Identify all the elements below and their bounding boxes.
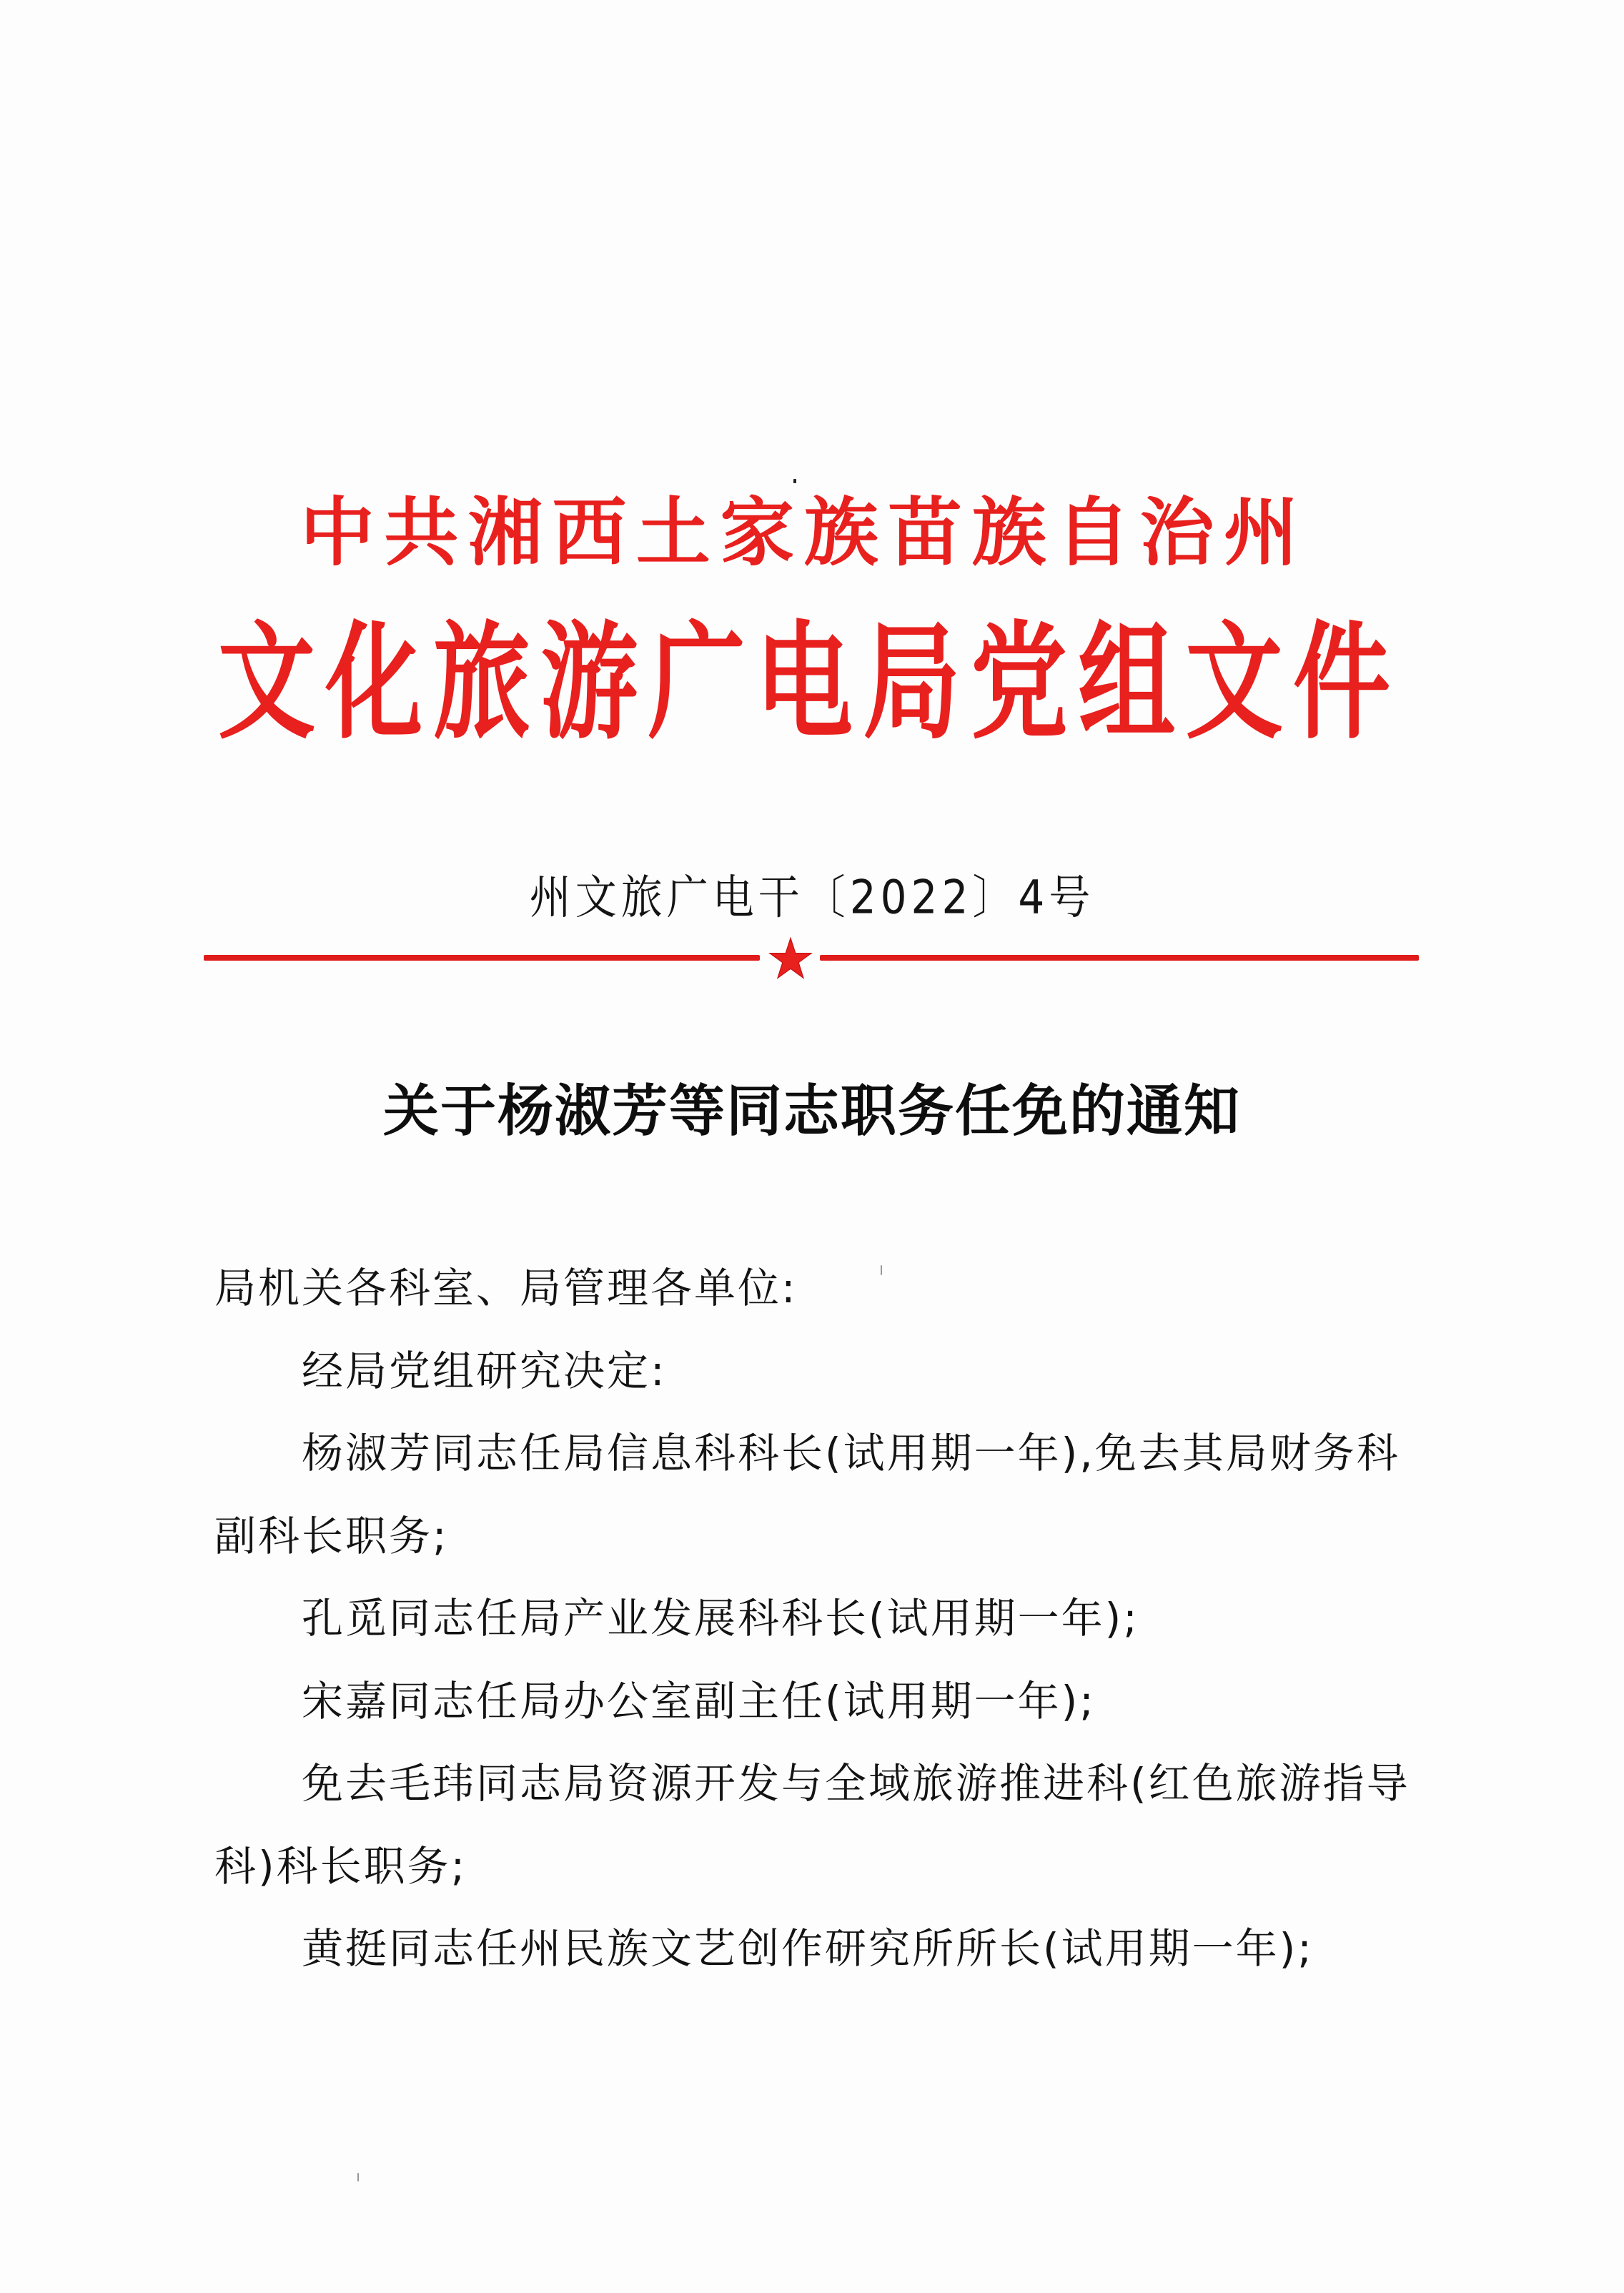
rule-right-segment: [820, 955, 1419, 961]
scan-speck: [793, 479, 796, 483]
body-line-appointment: 黄挺同志任州民族文艺创作研究所所长(试用期一年);: [214, 1908, 1430, 1991]
body-salutation: 局机关各科室、局管理各单位:: [214, 1247, 1430, 1330]
document-number: 州文旅广电干〔2022〕4号: [0, 861, 1624, 933]
rule-left-segment: [204, 955, 760, 961]
notice-title: 关于杨淑芳等同志职务任免的通知: [0, 1072, 1624, 1151]
red-separator-rule: [204, 936, 1419, 979]
notice-body: 局机关各科室、局管理各单位: 经局党组研究决定: 杨淑芳同志任局信息科科长(试用…: [214, 1247, 1430, 1991]
masthead-issuer: 中共湘西土家族苗族自治州: [300, 486, 1301, 579]
body-line-removal: 免去毛玮同志局资源开发与全域旅游推进科(红色旅游指导: [214, 1743, 1430, 1826]
masthead-document-type: 文化旅游广电局党组文件: [218, 585, 1390, 781]
body-line-appointment: 孔觅同志任局产业发展科科长(试用期一年);: [214, 1578, 1430, 1660]
body-line-decision: 经局党组研究决定:: [214, 1330, 1430, 1413]
star-icon: [768, 936, 813, 981]
body-line-continuation: 科)科长职务;: [214, 1826, 1430, 1908]
document-page: 中共湘西土家族苗族自治州 文化旅游广电局党组文件 州文旅广电干〔2022〕4号 …: [0, 0, 1624, 2293]
body-line-appointment: 杨淑芳同志任局信息科科长(试用期一年),免去其局财务科: [214, 1412, 1430, 1495]
scan-speck: [881, 1265, 882, 1275]
body-line-continuation: 副科长职务;: [214, 1495, 1430, 1578]
scan-speck: [357, 2173, 359, 2181]
body-line-appointment: 宋嘉同志任局办公室副主任(试用期一年);: [214, 1660, 1430, 1743]
